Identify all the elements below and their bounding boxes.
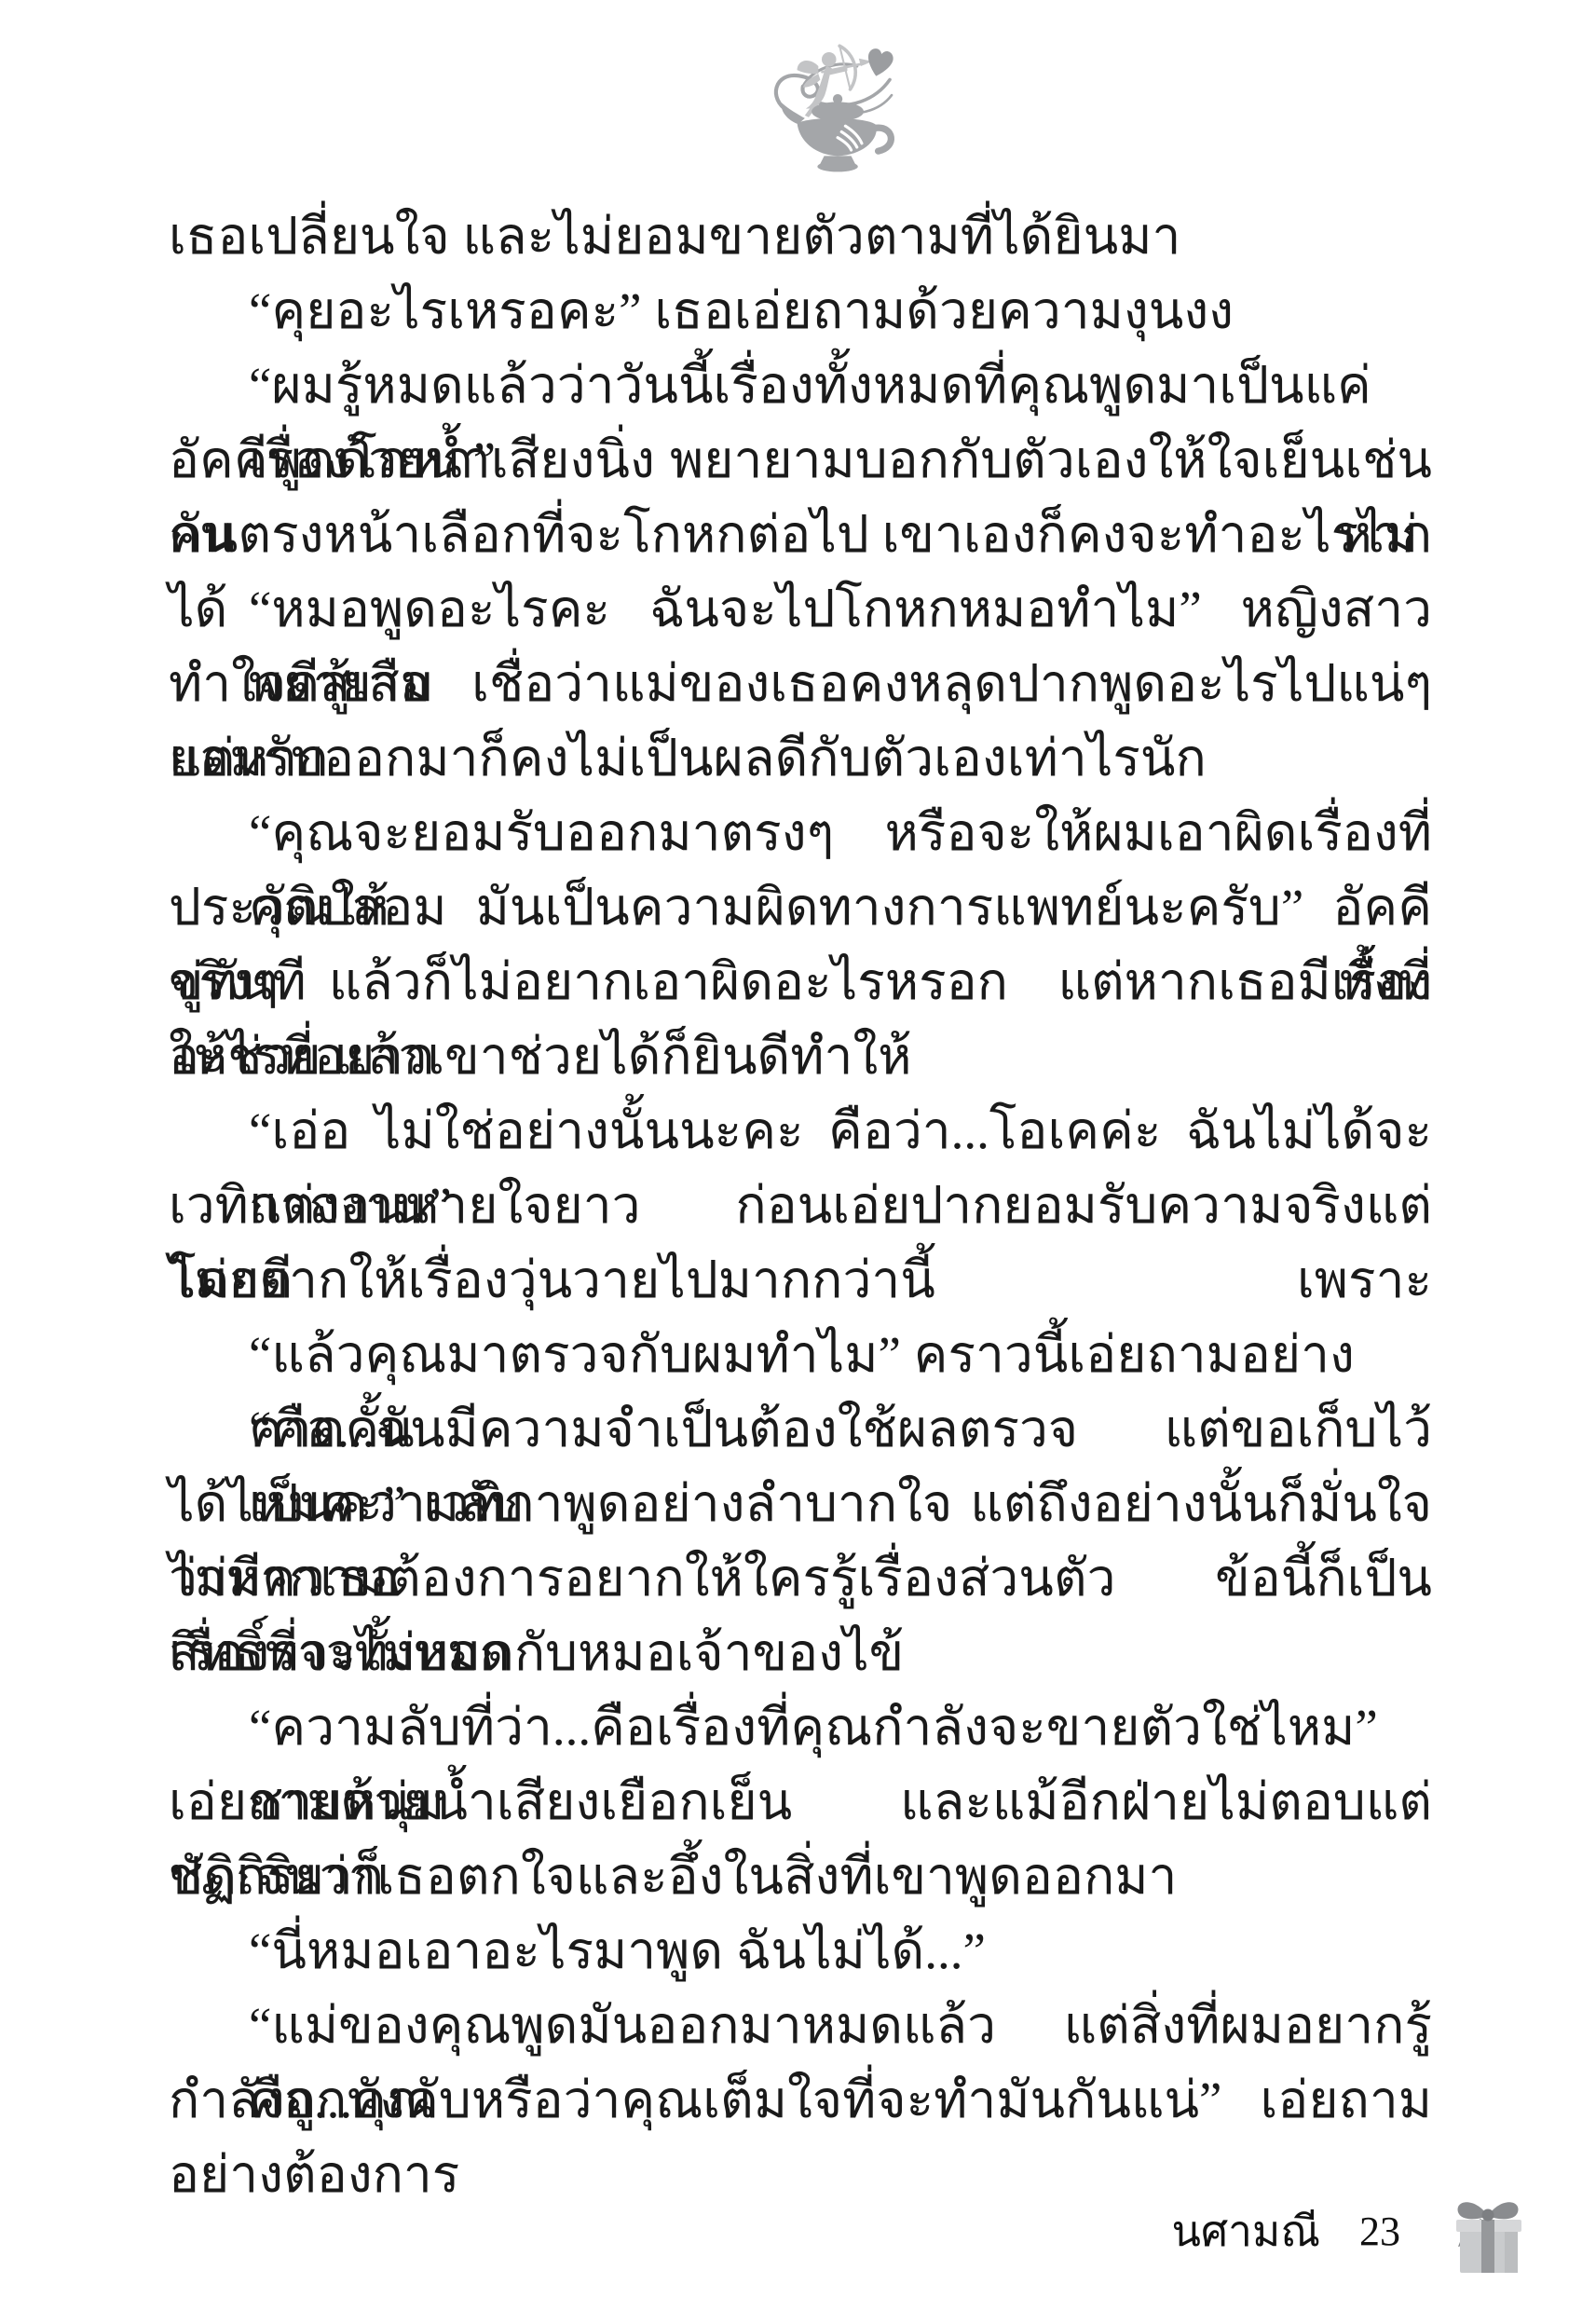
text-line: เวทิกาถอนหายใจยาว ก่อนเอ่ยปากยอมรับความจ… [169,1169,1432,1243]
text-line: กำลังถูกบังคับหรือว่าคุณเต็มใจที่จะทำมัน… [169,2063,1432,2138]
footer-book-title: นศามณี [1172,2185,1320,2278]
text-line: อัคคีพูดด้วยน้ำเสียงนิ่ง พยายามบอกกับตัว… [169,423,1432,498]
text-line: เอ่ยถามด้วยน้ำเสียงเยือกเย็น และแม้อีกฝ่… [169,1765,1432,1839]
text-line: ยอมรับออกมาก็คงไม่เป็นผลดีกับตัวเองเท่าไ… [169,721,1432,796]
heart-shape [864,47,894,78]
page-footer: นศามณี 23 [1172,2185,1531,2278]
text-line: คนตรงหน้าเลือกที่จะโกหกต่อไป เขาเองก็คงจ… [169,498,1432,572]
text-line: “ผมรู้หมดแล้วว่าวันนี้เรื่องทั้งหมดที่คุ… [169,349,1432,423]
text-line: “แม่ของคุณพูดมันออกมาหมดแล้ว แต่สิ่งที่ผ… [169,1989,1432,2063]
page-text-block: เธอเปลี่ยนใจ และไม่ยอมขายตัวตามที่ได้ยิน… [169,199,1432,2138]
footer-page-number: 23 [1359,2185,1400,2278]
text-line: “นี่หมอเอาอะไรมาพูด ฉันไม่ได้...” [169,1914,1432,1989]
text-line: ชัดเจนว่าเธอตกใจและอึ้งในสิ่งที่เขาพูดออ… [169,1839,1432,1914]
gift-icon [1445,2185,1531,2278]
text-line: “คือ...ฉันมีความจำเป็นต้องใช้ผลตรวจ แต่ข… [169,1392,1432,1467]
text-line: “แล้วคุณมาตรวจกับผมทำไม” คราวนี้เอ่ยถามอ… [169,1318,1432,1392]
text-line: “เอ่อ ไม่ใช่อย่างนั้นนะคะ คือว่า...โอเคค… [169,1094,1432,1169]
text-line: ได้ไหมคะ” เวทิกาพูดอย่างลำบากใจ แต่ถึงอย… [169,1467,1432,1541]
cupid-lamp-ornament [766,39,906,174]
text-line: จริงๆ แล้วก็ไม่อยากเอาผิดอะไรหรอก แต่หาก… [169,945,1432,1019]
text-line: ทำใจดีสู้เสือ เชื่อว่าแม่ของเธอคงหลุดปาก… [169,647,1432,721]
text-line: เธอเปลี่ยนใจ และไม่ยอมขายตัวตามที่ได้ยิน… [169,199,1432,274]
text-line: “ความลับที่ว่า...คือเรื่องที่คุณกำลังจะข… [169,1690,1432,1765]
text-line: เรื่องราวทั้งหมดกับหมอเจ้าของไข้ [169,1616,1432,1690]
genie-lamp [782,94,892,171]
text-line: ไม่มีความต้องการอยากให้ใครรู้เรื่องส่วนต… [169,1541,1432,1616]
text-line: ให้ช่วย แล้วเขาช่วยได้ก็ยินดีทำให้ [169,1019,1432,1094]
text-line: “หมอพูดอะไรคะ ฉันจะไปโกหกหมอทำไม” หญิงสา… [169,572,1432,647]
text-line: ประวัติปลอม มันเป็นความผิดทางการแพทย์นะค… [169,870,1432,945]
text-line: “คุยอะไรเหรอคะ” เธอเอ่ยถามด้วยความงุนงง [169,274,1432,349]
text-line: “คุณจะยอมรับออกมาตรงๆ หรือจะให้ผมเอาผิดเ… [169,796,1432,870]
